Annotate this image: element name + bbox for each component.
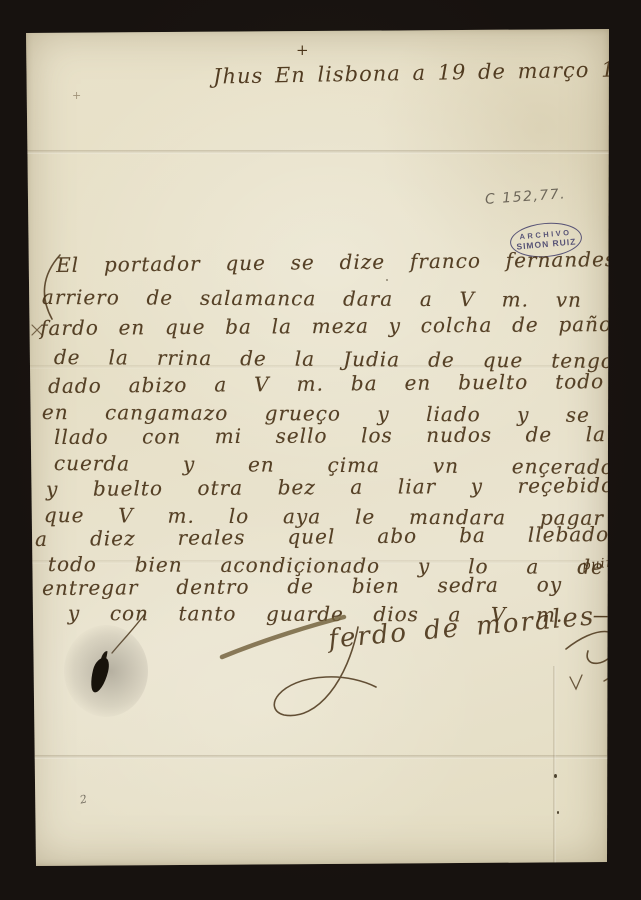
dateline: Jhus En lisbona a 19 de março 1591 <box>213 57 615 88</box>
header-cross-mark: + <box>296 41 309 59</box>
manuscript-line: a diez reales quel abo ba llebado <box>35 522 609 551</box>
photo-stage: + + Jhus En lisbona a 19 de março 1591 C… <box>0 0 641 900</box>
manuscript-line: llado con mi sello los nudos de la <box>54 422 606 449</box>
fold-crease <box>553 666 556 866</box>
bottom-left-mark: 2 <box>79 792 89 806</box>
paper-speck <box>554 774 557 778</box>
fold-crease <box>26 755 609 759</box>
left-cross-mark: + <box>72 89 81 102</box>
fold-crease <box>26 150 609 154</box>
manuscript-line: El portador que se dize franco fernandes <box>56 247 616 277</box>
manuscript-line: entregar dentro de bien sedra oy <box>42 572 562 600</box>
paper-speck <box>557 811 559 814</box>
manuscript-page: + + Jhus En lisbona a 19 de março 1591 C… <box>26 29 609 866</box>
manuscript-line: fardo en que ba la meza y colcha de paño <box>40 312 612 340</box>
manuscript-line: arriero de salamanca dara a V m. vn <box>42 285 582 312</box>
manuscript-line: de la rrina de la Judia de que tengo <box>54 345 614 373</box>
paper-speck <box>386 279 388 281</box>
superscript-note: puiñ <box>581 555 616 573</box>
manuscript-line: dado abizo a V m. ba en buelto todo <box>48 369 604 398</box>
manuscript-line: y buelto otra bez a liar y reçebido <box>46 473 614 501</box>
archive-reference: C 152,77. <box>485 186 567 208</box>
